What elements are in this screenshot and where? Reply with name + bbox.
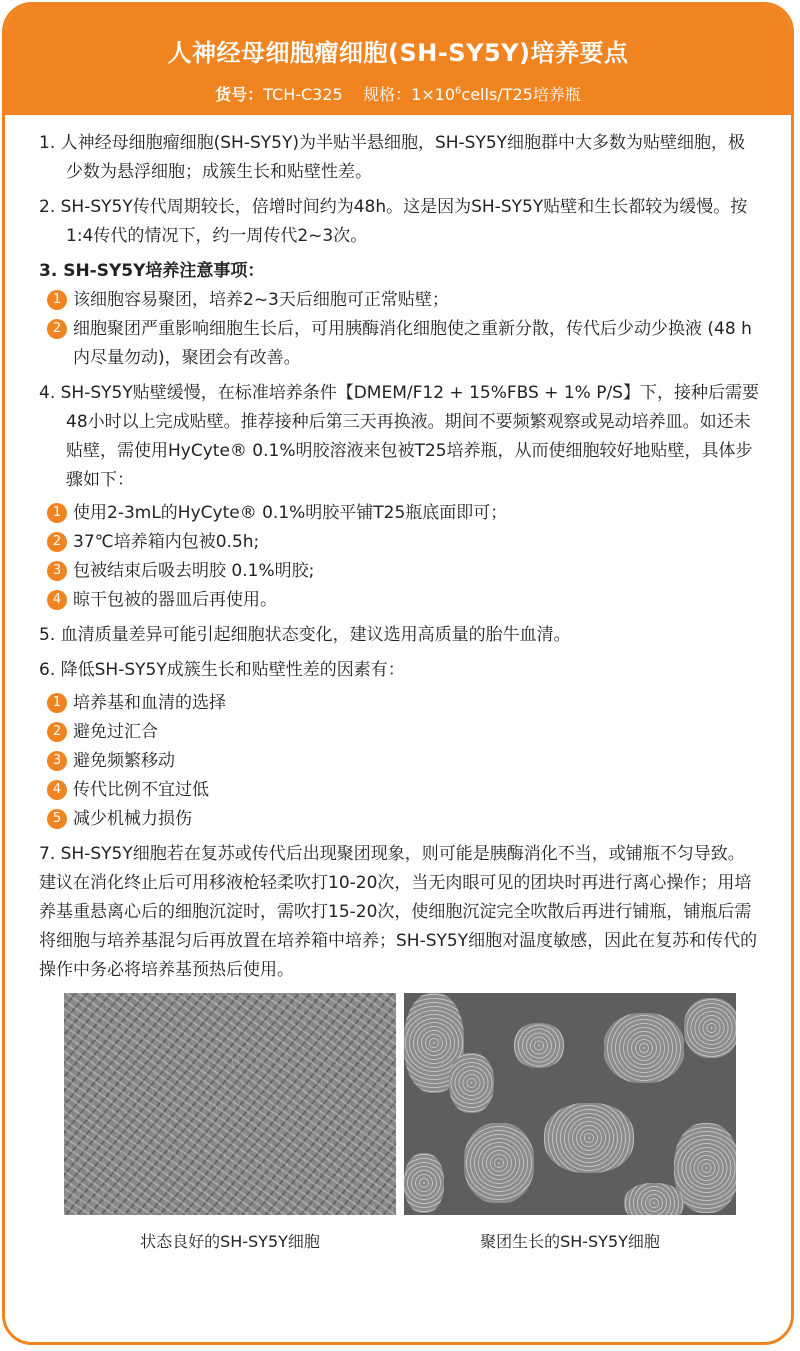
sub-item: 2 37℃培养箱内包被0.5h; [39,528,761,557]
number-badge-icon: 3 [47,561,67,581]
spec-label: 规格： [363,85,411,104]
micrograph-image [404,993,736,1215]
item-4: 4. SH-SY5Y贴壁缓慢，在标准培养条件【DMEM/F12 + 15%FBS… [39,379,761,615]
catalog-label: 货号： [215,85,263,104]
number-badge-icon: 4 [47,780,67,800]
catalog-number: TCH-C325 [263,85,343,104]
number-badge-icon: 4 [47,590,67,610]
number-badge-icon: 1 [47,290,67,310]
sub-item: 4 晾干包被的器皿后再使用。 [39,586,761,615]
header-banner: 人神经母细胞瘤细胞(SH-SY5Y)培养要点 货号：TCH-C325 规格：1×… [5,5,791,115]
spec-prefix: 1×10 [411,85,455,104]
sub-item: 3 包被结束后吸去明胶 0.1%明胶; [39,557,761,586]
item-7: 7. SH-SY5Y细胞若在复苏或传代后出现聚团现象，则可能是胰酶消化不当，或铺… [39,840,761,985]
item-3: 3. SH-SY5Y培养注意事项： 1 该细胞容易聚团，培养2~3天后细胞可正常… [39,257,761,373]
number-badge-icon: 1 [47,503,67,523]
content-body: 1. 人神经母细胞瘤细胞(SH-SY5Y)为半贴半悬细胞，SH-SY5Y细胞群中… [5,115,791,1256]
figure-caption: 状态良好的SH-SY5Y细胞 [64,1227,396,1256]
product-info: 货号：TCH-C325 规格：1×106cells/T25培养瓶 [5,82,791,105]
number-badge-icon: 2 [47,532,67,552]
section-heading: 3. SH-SY5Y培养注意事项： [39,257,761,286]
item-2: 2. SH-SY5Y传代周期较长，倍增时间约为48h。这是因为SH-SY5Y贴壁… [39,193,761,251]
figure-row: 状态良好的SH-SY5Y细胞 聚团生长的SH-SY5Y细胞 [39,993,761,1256]
figure-clumped-cells: 聚团生长的SH-SY5Y细胞 [404,993,736,1256]
protocol-card: 人神经母细胞瘤细胞(SH-SY5Y)培养要点 货号：TCH-C325 规格：1×… [2,2,794,1345]
page-title: 人神经母细胞瘤细胞(SH-SY5Y)培养要点 [5,5,791,68]
number-badge-icon: 5 [47,809,67,829]
sub-item: 2 细胞聚团严重影响细胞生长后，可用胰酶消化细胞使之重新分散，传代后少动少换液 … [39,315,761,373]
number-badge-icon: 2 [47,319,67,339]
sub-item: 4 传代比例不宜过低 [39,776,761,805]
figure-caption: 聚团生长的SH-SY5Y细胞 [404,1227,736,1256]
sub-item: 2 避免过汇合 [39,718,761,747]
spec-suffix: cells/T25培养瓶 [461,85,580,104]
micrograph-image [64,993,396,1215]
item-5: 5. 血清质量差异可能引起细胞状态变化，建议选用高质量的胎牛血清。 [39,621,761,650]
number-badge-icon: 2 [47,722,67,742]
number-badge-icon: 1 [47,693,67,713]
sub-item: 5 减少机械力损伤 [39,805,761,834]
sub-item: 3 避免频繁移动 [39,747,761,776]
sub-item: 1 使用2-3mL的HyCyte® 0.1%明胶平铺T25瓶底面即可； [39,499,761,528]
figure-good-cells: 状态良好的SH-SY5Y细胞 [64,993,396,1256]
sub-item: 1 该细胞容易聚团，培养2~3天后细胞可正常贴壁； [39,286,761,315]
item-1: 1. 人神经母细胞瘤细胞(SH-SY5Y)为半贴半悬细胞，SH-SY5Y细胞群中… [39,129,761,187]
sub-item: 1 培养基和血清的选择 [39,689,761,718]
number-badge-icon: 3 [47,751,67,771]
item-6: 6. 降低SH-SY5Y成簇生长和贴壁性差的因素有： 1 培养基和血清的选择 2… [39,656,761,834]
